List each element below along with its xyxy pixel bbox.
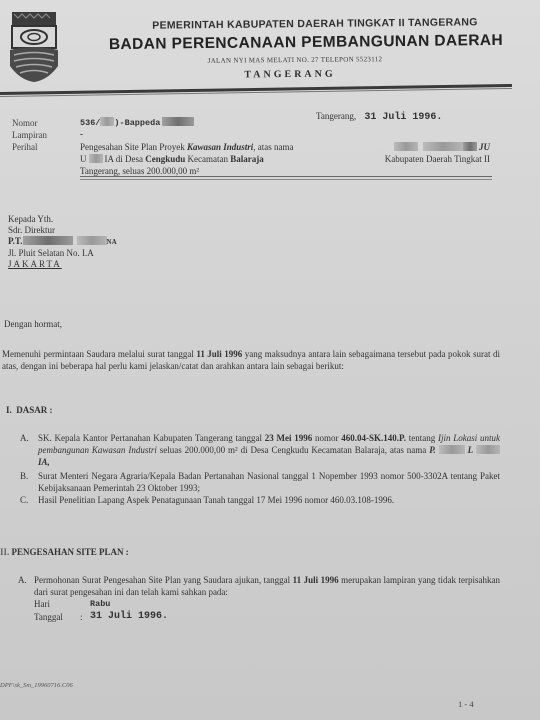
redaction — [423, 142, 463, 151]
redaction — [476, 445, 500, 454]
hari-label: Hari — [34, 598, 50, 610]
text: Balaraja — [230, 154, 264, 164]
dasar-item-c: Hasil Penelitian Lapang Aspek Penataguna… — [38, 494, 500, 506]
file-code: DPF\sk_Sm_19960716.C06 — [0, 680, 73, 692]
text: IA, — [38, 457, 50, 467]
redaction — [77, 236, 107, 245]
section-2-heading: II. PENGESAHAN SITE PLAN : — [0, 546, 129, 558]
text: JU — [479, 142, 490, 152]
date-value: 31 Juli 1996. — [364, 112, 442, 123]
recipient-address: Jl. Pluit Selatan No. I.A — [8, 248, 117, 259]
perihal-line-2: UIA di Desa Cengkudu Kecamatan Balaraja … — [80, 153, 490, 165]
text: NA — [107, 238, 117, 246]
text: Kecamatan — [185, 154, 230, 164]
nomor-prefix: 536/ — [80, 118, 100, 128]
hari-value: Rabu — [90, 598, 110, 610]
item-letter: B. — [20, 470, 28, 482]
text: IA di Desa — [105, 154, 146, 164]
section-1-heading: I. DASAR : — [6, 404, 53, 416]
salutation: Dengan hormat, — [4, 318, 62, 330]
perihal-value: Pengesahan Site Plan Proyek Kawasan Indu… — [80, 141, 490, 177]
text: U — [80, 154, 87, 164]
text: P. — [429, 445, 436, 455]
dasar-item-a: SK. Kepala Kantor Pertanahan Kabupaten T… — [38, 432, 500, 468]
text: seluas 200.000,00 m² di Desa Cengkudu Ke… — [157, 445, 429, 455]
section-number: I. — [6, 405, 12, 415]
text: Cengkudu — [145, 154, 185, 164]
nomor-value: 536/)-Bappeda — [80, 117, 194, 129]
redaction — [439, 445, 465, 454]
perihal-line-1: Pengesahan Site Plan Proyek Kawasan Indu… — [80, 141, 490, 153]
nomor-label: Nomor — [12, 118, 38, 128]
letterhead-address: JALAN NYI MAS MELATI NO. 27 TELEPON 5523… — [130, 55, 460, 66]
text: Memenuhi permintaan Saudara melalui sura… — [2, 349, 196, 359]
text: Kawasan Industri — [187, 142, 253, 152]
lampiran-value: - — [80, 128, 83, 140]
redaction — [463, 142, 477, 151]
perihal-underline — [80, 176, 492, 177]
text: Pengesahan Site Plan Proyek — [80, 142, 187, 152]
letterhead-government: PEMERINTAH KABUPATEN DAERAH TINGKAT II T… — [100, 16, 530, 33]
lampiran-label: Lampiran — [12, 130, 47, 140]
recipient-block: Kepada Yth. Sdr. Direktur P.T.NA Jl. Plu… — [8, 214, 117, 270]
perihal-underline-2 — [80, 179, 492, 180]
section-title: PENGESAHAN SITE PLAN : — [12, 547, 129, 557]
letterhead: PEMERINTAH KABUPATEN DAERAH TINGKAT II T… — [0, 0, 540, 96]
document-page: PEMERINTAH KABUPATEN DAERAH TINGKAT II T… — [0, 0, 540, 720]
pengesahan-item-a: Permohonan Surat Pengesahan Site Plan ya… — [34, 574, 500, 598]
dasar-item-b: Surat Menteri Negara Agraria/Kepala Bada… — [38, 470, 500, 494]
redaction — [394, 142, 418, 151]
perihal-label: Perihal — [12, 142, 38, 152]
text: Kabupaten Daerah Tingkat II — [385, 153, 490, 165]
text: nomor — [312, 433, 341, 443]
regency-coat-of-arms-icon — [8, 10, 60, 84]
text: , atas nama — [253, 142, 293, 152]
text: 460.04-SK.140.P. — [341, 433, 406, 443]
text: SK. Kepala Kantor Pertanahan Kabupaten T… — [38, 433, 265, 443]
item-letter: A. — [20, 432, 29, 444]
letterhead-agency: BADAN PERENCANAAN PEMBANGUNAN DAERAH — [76, 32, 536, 55]
text: 11 Juli 1996 — [293, 575, 339, 585]
place-label: Tangerang, — [316, 111, 356, 121]
tanggal-label: Tanggal — [34, 611, 63, 623]
text: 23 Mei 1996 — [265, 433, 313, 443]
nomor-mid: )-Bappeda — [114, 118, 160, 128]
text: Tangerang, seluas 200.000,00 m² — [80, 166, 199, 176]
item-letter: C. — [20, 494, 28, 506]
redaction — [162, 117, 194, 126]
section-title: DASAR : — [16, 405, 52, 415]
place-date: Tangerang, 31 Juli 1996. — [316, 110, 442, 124]
recipient-company: P.T.NA — [8, 236, 117, 248]
intro-paragraph: Memenuhi permintaan Saudara melalui sura… — [2, 348, 500, 372]
letterhead-city: TANGERANG — [180, 68, 400, 81]
redaction — [100, 117, 114, 126]
tanggal-value: 31 Juli 1996. — [90, 611, 168, 623]
recipient-city: JAKARTA — [8, 259, 117, 270]
redaction — [89, 154, 103, 163]
item-letter: A. — [18, 574, 27, 586]
text: tentang — [406, 433, 438, 443]
recipient-greeting: Kepada Yth. — [8, 214, 117, 225]
section-number: II. — [0, 547, 9, 557]
redaction — [23, 236, 73, 245]
text: L — [468, 445, 474, 455]
page-number: 1 - 4 — [458, 698, 474, 710]
colon: : — [80, 611, 83, 623]
text: Permohonan Surat Pengesahan Site Plan ya… — [34, 575, 293, 585]
text: P.T. — [8, 236, 23, 246]
recipient-title: Sdr. Direktur — [8, 225, 117, 236]
text: 11 Juli 1996 — [196, 349, 242, 359]
